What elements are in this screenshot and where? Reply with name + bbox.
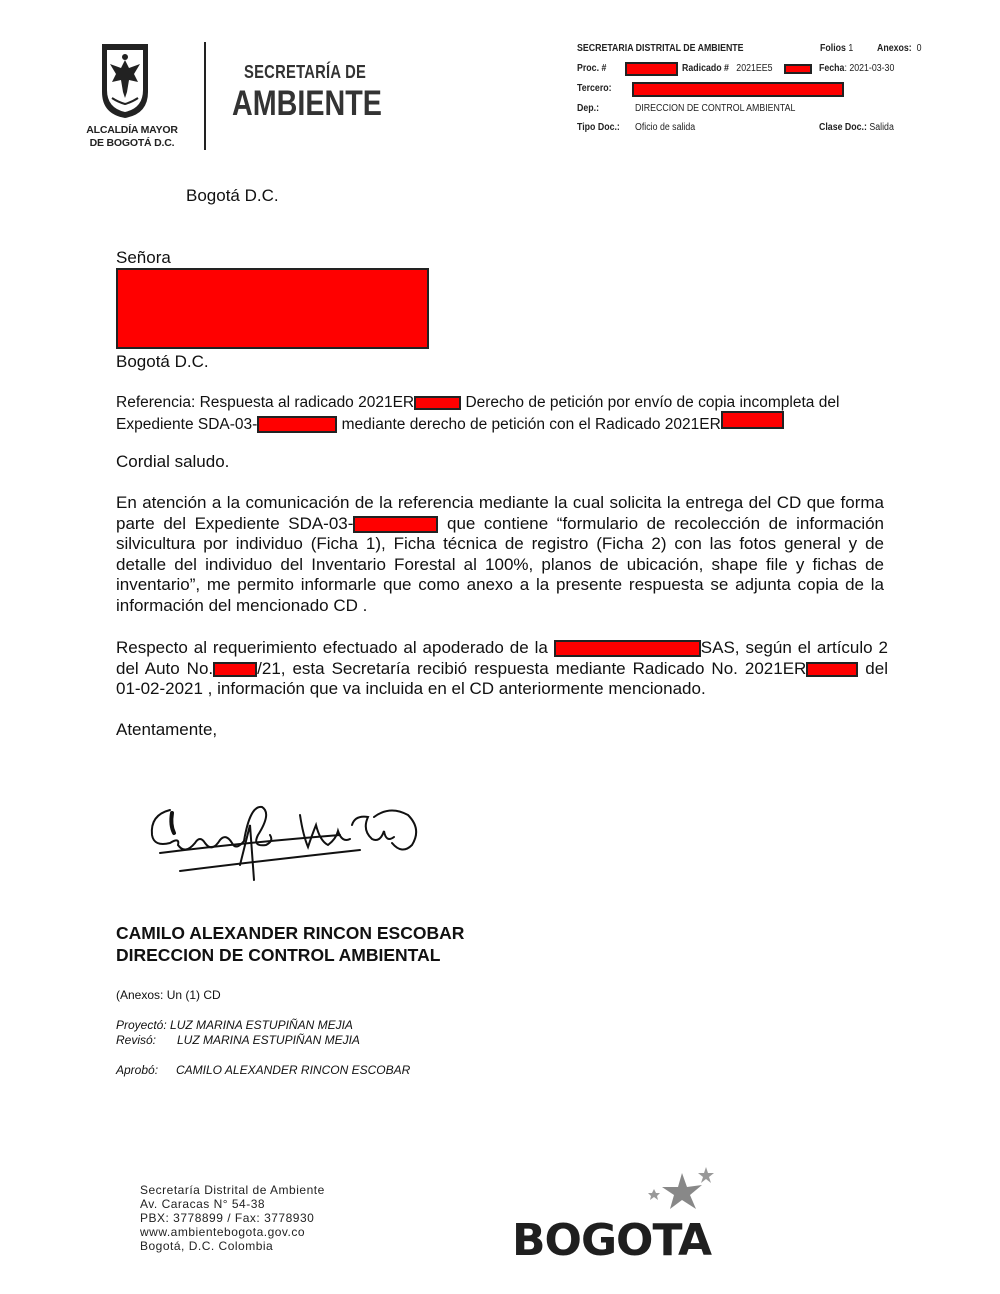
- bogota-wordmark: BOGOTA: [512, 1215, 711, 1266]
- projected-by: Proyectó: LUZ MARINA ESTUPIÑAN MEJIA: [116, 1018, 353, 1033]
- redacted-text: [554, 640, 701, 657]
- redacted-text: [414, 396, 461, 410]
- reference-line2: Expediente SDA-03- mediante derecho de p…: [116, 411, 891, 434]
- closing: Atentamente,: [116, 720, 217, 741]
- header-divider: [204, 42, 206, 150]
- reference-line1: Referencia: Respuesta al radicado 2021ER…: [116, 393, 891, 412]
- signature-icon: [140, 795, 430, 890]
- redacted-text: [213, 662, 257, 677]
- coat-of-arms-icon: [100, 42, 150, 120]
- tercero-label: Tercero:: [577, 83, 612, 94]
- footer-contact: Secretaría Distrital de Ambiente Av. Car…: [140, 1183, 325, 1253]
- radicado-field: Radicado # 2021EE5: [682, 63, 773, 74]
- greeting: Cordial saludo.: [116, 452, 229, 473]
- redacted-radicado: [784, 64, 812, 74]
- reviewed-by-value: LUZ MARINA ESTUPIÑAN MEJIA: [177, 1033, 360, 1048]
- approved-by-value: CAMILO ALEXANDER RINCON ESCOBAR: [176, 1063, 410, 1078]
- paragraph-2: Respecto al requerimiento efectuado al a…: [116, 638, 888, 700]
- salutation-title: Señora: [116, 248, 171, 269]
- redacted-text: [806, 662, 858, 677]
- proc-label: Proc. #: [577, 63, 606, 74]
- city-date: Bogotá D.C.: [186, 186, 279, 207]
- redacted-recipient: [116, 268, 429, 349]
- bogota-logo: BOGOTA: [510, 1165, 720, 1270]
- signer-department: DIRECCION DE CONTROL AMBIENTAL: [116, 945, 440, 966]
- dep-value: DIRECCION DE CONTROL AMBIENTAL: [635, 103, 795, 114]
- redacted-text: [257, 416, 337, 433]
- annexes-note: (Anexos: Un (1) CD: [116, 988, 221, 1002]
- redacted-text: [721, 411, 784, 429]
- paragraph-1: En atención a la comunicación de la refe…: [116, 493, 884, 616]
- fecha-field: Fecha: 2021-03-30: [819, 63, 894, 74]
- reviewed-by-label: Revisó:: [116, 1033, 156, 1048]
- entity-name: SECRETARIA DISTRITAL DE AMBIENTE: [577, 43, 744, 54]
- redacted-proc: [625, 62, 678, 76]
- clase-doc-field: Clase Doc.: Salida: [819, 122, 894, 133]
- folios-field: Folios 1: [820, 43, 853, 54]
- redacted-tercero: [632, 82, 844, 97]
- tipo-doc-field: Tipo Doc.:: [577, 122, 620, 133]
- secretaria-title-line2: AMBIENTE: [232, 84, 382, 124]
- redacted-text: [353, 516, 438, 533]
- signer-name: CAMILO ALEXANDER RINCON ESCOBAR: [116, 923, 464, 944]
- secretaria-title-line1: SECRETARÍA DE: [244, 62, 366, 83]
- approved-by-label: Aprobó:: [116, 1063, 158, 1078]
- recipient-city: Bogotá D.C.: [116, 352, 209, 373]
- anexos-field: Anexos: 0: [877, 43, 922, 54]
- dep-field: Dep.:: [577, 103, 599, 114]
- alcaldia-label: ALCALDÍA MAYOR DE BOGOTÁ D.C.: [80, 124, 184, 150]
- tipo-doc-value: Oficio de salida: [635, 122, 695, 133]
